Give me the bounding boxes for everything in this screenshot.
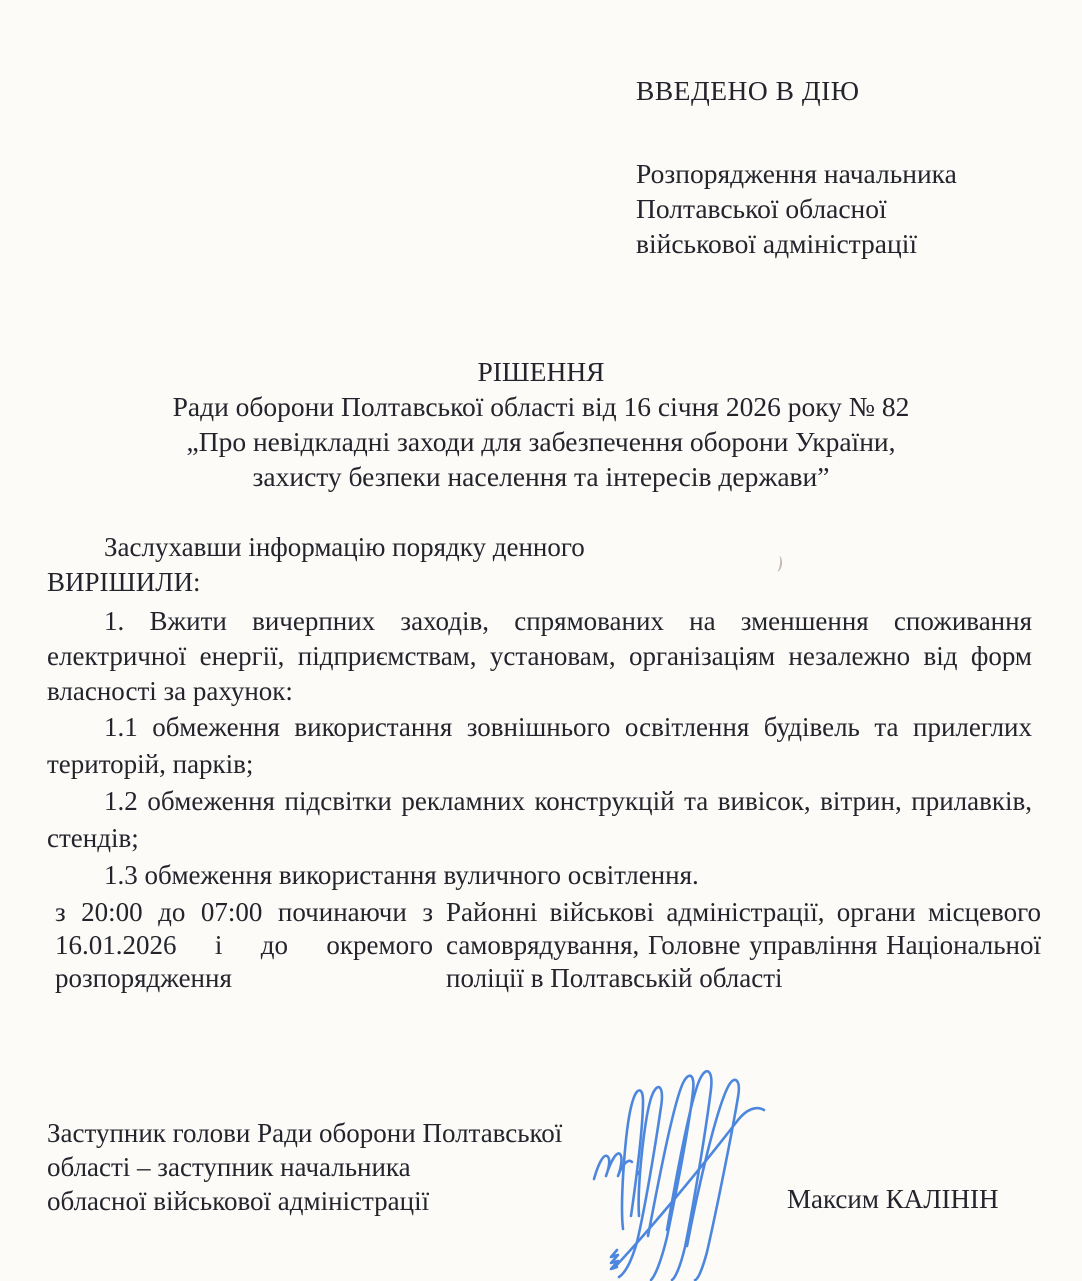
approval-status-text: ВВЕДЕНО В ДІЮ [636, 74, 966, 107]
signatory-position-line: обласної військової адміністрації [47, 1184, 647, 1218]
signatory-position-line: Заступник голови Ради оборони Полтавсько… [47, 1116, 647, 1150]
clause-1: 1. Вжити вичерпних заходів, спрямованих … [47, 604, 1032, 709]
document-title-quote-line: „Про невідкладні заходи для забезпечення… [0, 424, 1082, 459]
document-body: Заслухавши інформацію порядку денного ВИ… [47, 530, 1032, 894]
clause-item-1-2: 1.2 обмеження підсвітки рекламних констр… [47, 783, 1032, 857]
assignment-table: з 20:00 до 07:00 починаючи з 16.01.2026 … [55, 896, 1045, 995]
document-type-title: РІШЕННЯ [0, 354, 1082, 389]
approval-source-line: Полтавської обласної [636, 191, 966, 226]
document-title-quote-line: захисту безпеки населення та інтересів д… [0, 459, 1082, 494]
document-subtitle: Ради оборони Полтавської області від 16 … [0, 389, 1082, 424]
approval-source-block: Розпорядження начальника Полтавської обл… [636, 156, 966, 261]
signatory-position-line: області – заступник начальника [47, 1150, 647, 1184]
approval-stamp-block: ВВЕДЕНО В ДІЮ Розпорядження начальника П… [636, 74, 966, 261]
signatory-name: Максим КАЛІНІН [787, 1182, 999, 1216]
signature-block: Заступник голови Ради оборони Полтавсько… [47, 1116, 1042, 1218]
assignment-term-cell: з 20:00 до 07:00 починаючи з 16.01.2026 … [55, 896, 433, 995]
signatory-position: Заступник голови Ради оборони Полтавсько… [47, 1116, 647, 1218]
assignment-responsible-cell: Районні військові адміністрації, органи … [446, 896, 1041, 995]
scanned-document-page: ВВЕДЕНО В ДІЮ Розпорядження начальника П… [0, 0, 1082, 1281]
handwritten-signature [586, 1066, 776, 1281]
approval-source-line: військової адміністрації [636, 226, 966, 261]
decided-label: ВИРІШИЛИ: [47, 565, 1032, 600]
clause-item-1-3: 1.3 обмеження використання вуличного осв… [47, 857, 1032, 894]
document-heading: РІШЕННЯ Ради оборони Полтавської області… [0, 354, 1082, 494]
intro-paragraph: Заслухавши інформацію порядку денного [47, 530, 1032, 565]
clause-item-1-1: 1.1 обмеження використання зовнішнього о… [47, 709, 1032, 783]
approval-source-line: Розпорядження начальника [636, 156, 966, 191]
